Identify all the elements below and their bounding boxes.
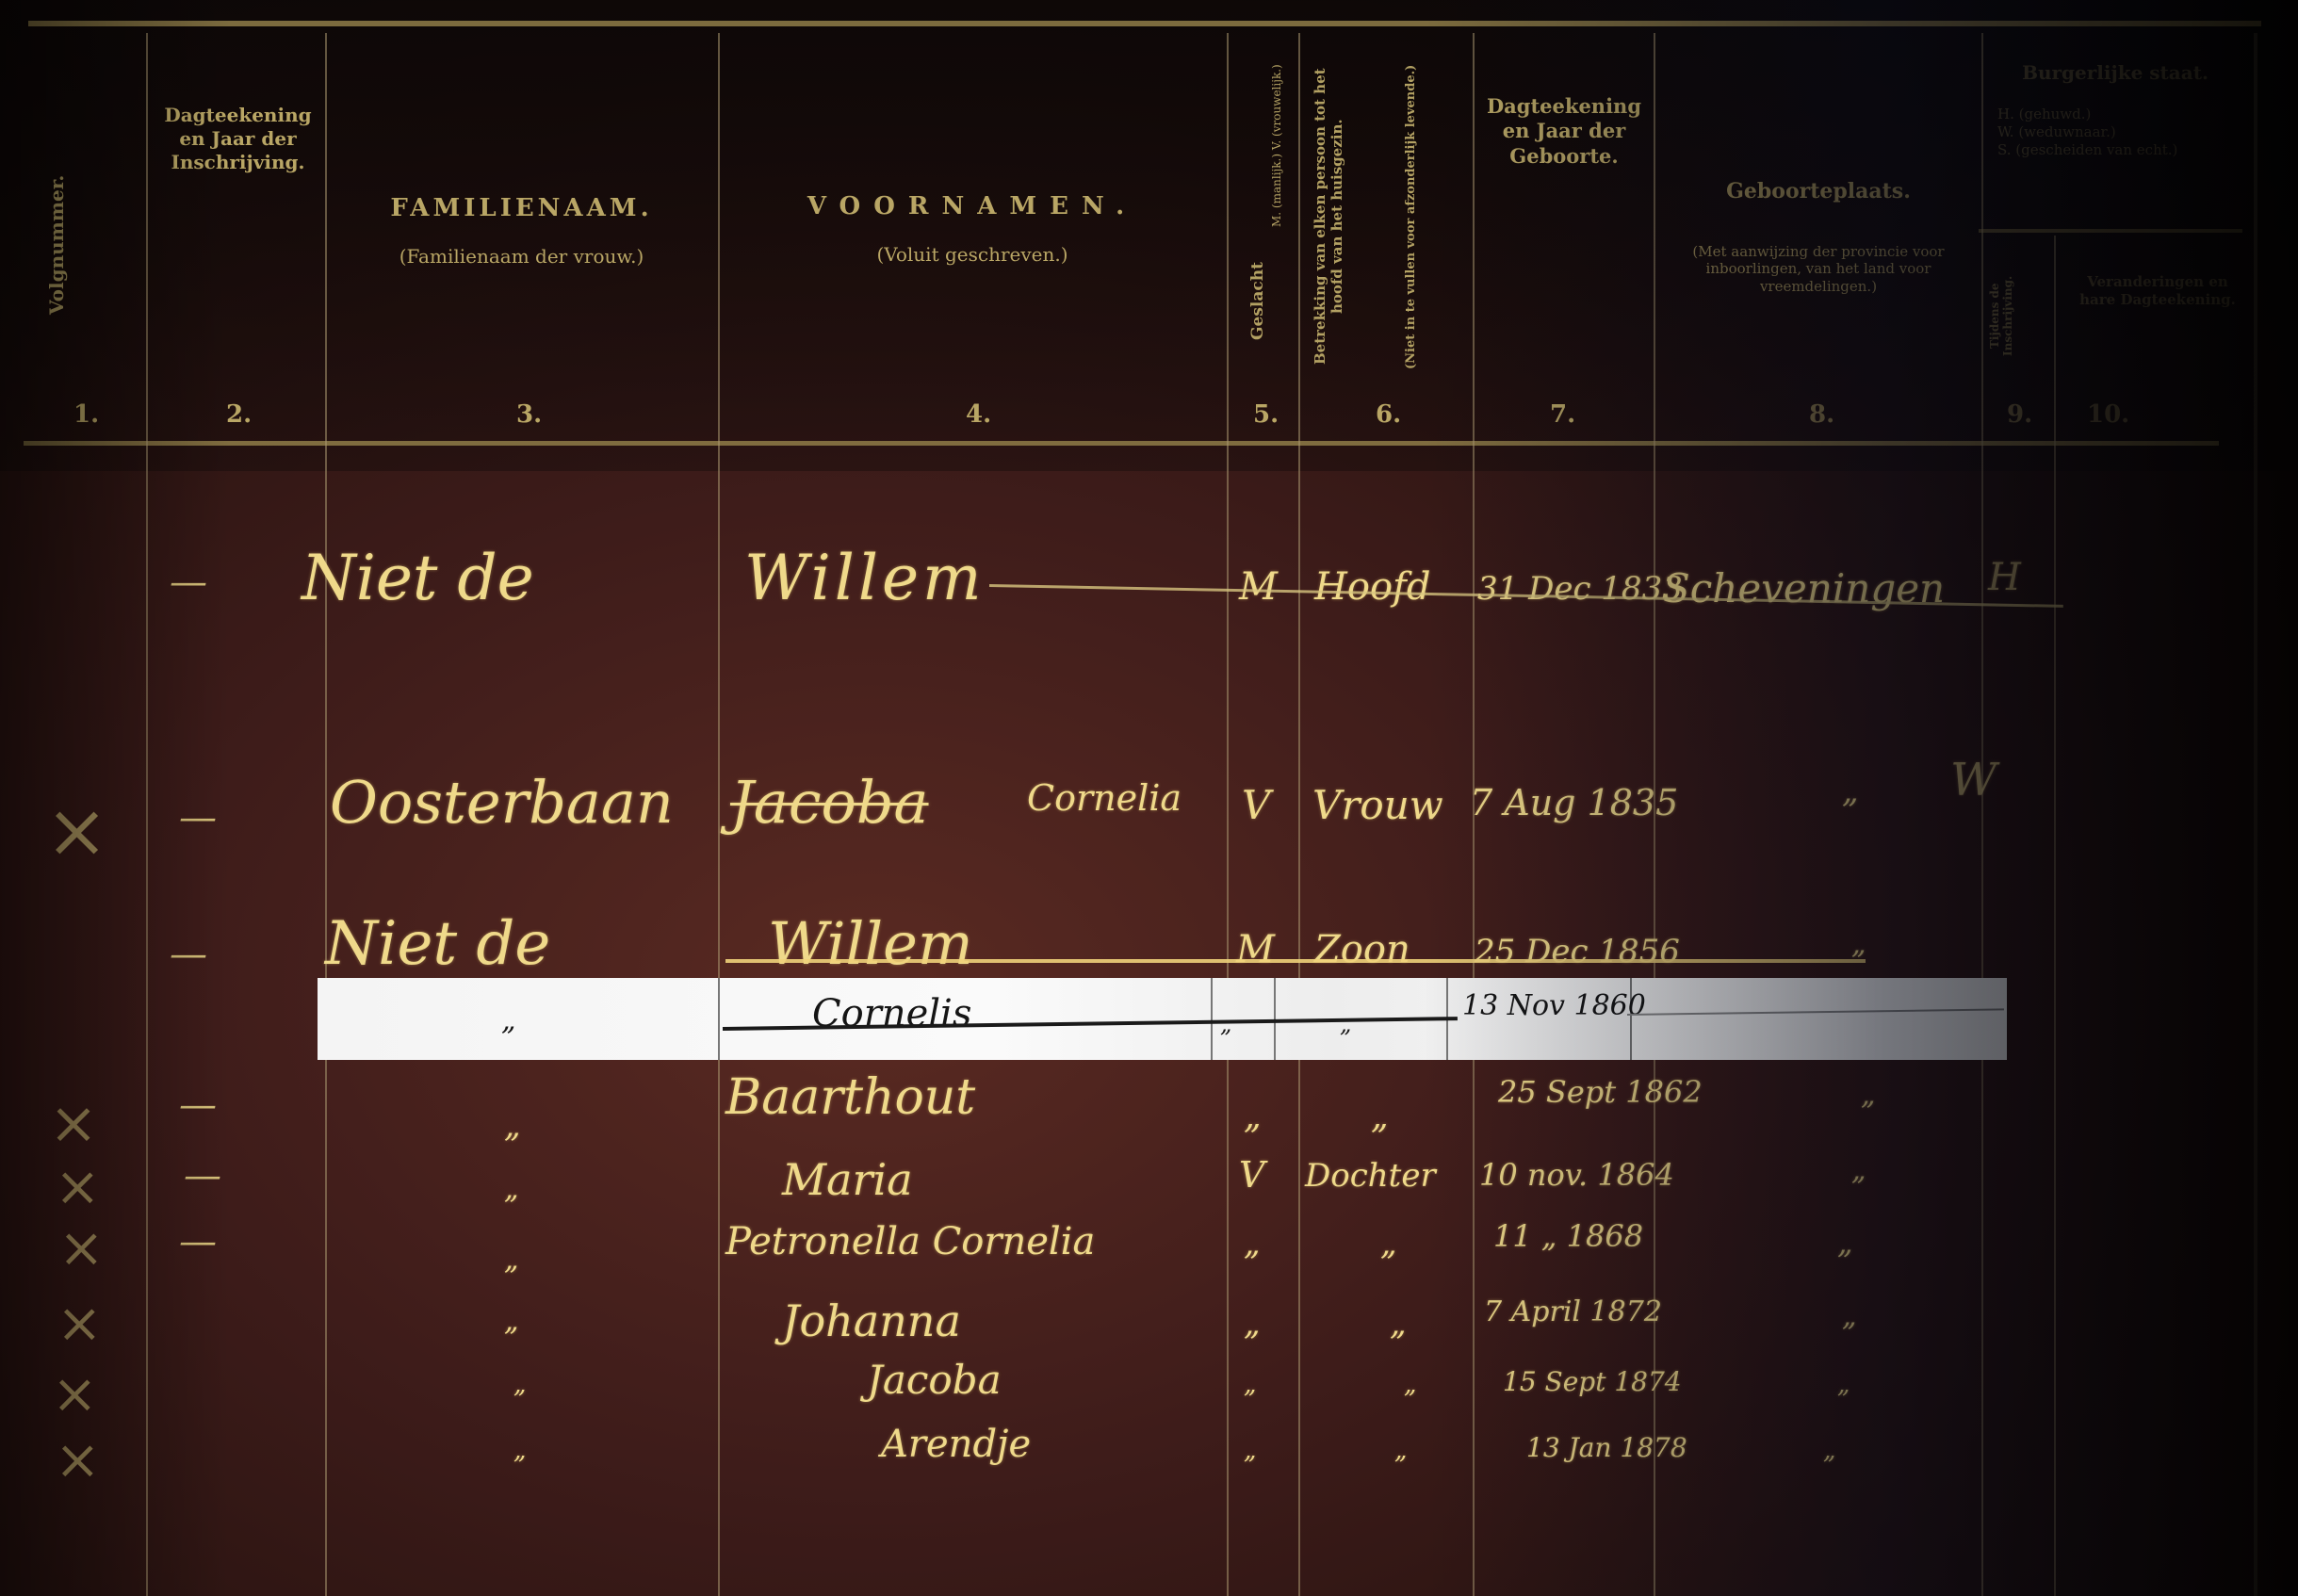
entry-dash: — (179, 1083, 217, 1127)
col-number-10: 10. (2087, 400, 2129, 429)
page-edge (2254, 33, 2257, 1596)
col10-header: Veranderingen en hare Dagteekening. (2073, 273, 2242, 309)
relation-ditto: „ (1394, 1437, 1407, 1465)
given-names: Jacoba (867, 1357, 1002, 1403)
col-number-7: 7. (1550, 400, 1575, 429)
surname-ditto: „ (501, 1004, 516, 1037)
col6-header: Betrekking van elken persoon tot het hoo… (1312, 52, 1396, 382)
col-number-1: 1. (73, 400, 99, 429)
inverted-strip-row-4: „ Cornelis „ „ 13 Nov 1860 (318, 978, 2007, 1060)
relation-ditto: „ (1390, 1305, 1407, 1343)
col-divider-1 (146, 33, 148, 1596)
birthplace-ditto: „ (1837, 1225, 1853, 1261)
col-number-6: 6. (1376, 400, 1401, 429)
col-number-3: 3. (516, 400, 542, 429)
birth-date: 11 „ 1868 (1493, 1218, 1643, 1254)
birthplace-ditto: „ (1823, 1437, 1835, 1465)
birth-date: 25 Dec 1856 (1475, 933, 1680, 970)
birth-date: 15 Sept 1874 (1503, 1366, 1682, 1397)
col2-header: Dagteekening en Jaar der Inschrijving. (151, 104, 325, 174)
given-names: Baarthout (725, 1069, 975, 1126)
civil-state: W (1950, 754, 1996, 806)
deceased-cross: × (49, 1088, 98, 1157)
entry-dash: — (179, 1220, 217, 1263)
col-divider-9 (2054, 236, 2056, 1596)
given-names: Willem (744, 542, 986, 614)
relation: Hoofd (1314, 565, 1430, 609)
col8-title: Geboorteplaats. (1658, 179, 1979, 205)
birth-date: 7 Aug 1835 (1470, 782, 1678, 823)
sex-ditto: „ (1244, 1437, 1256, 1465)
birthplace-ditto: „ (1851, 1154, 1866, 1187)
relation-ditto: „ (1404, 1371, 1416, 1399)
col-number-5: 5. (1253, 400, 1279, 429)
entry-dash: — (170, 561, 207, 604)
given-struck: Jacoba (730, 768, 929, 837)
col-divider-5 (1298, 33, 1300, 1596)
surname: Niet de (325, 909, 550, 979)
sex: M (1236, 928, 1275, 971)
deceased-cross: × (58, 1215, 105, 1279)
deceased-cross: × (55, 1154, 101, 1218)
sex-ditto: „ (1244, 1371, 1256, 1399)
relation-ditto: „ (1380, 1225, 1397, 1262)
civil-legend-3: S. (gescheiden van echt.) (1988, 141, 2242, 159)
surname-ditto: „ (504, 1107, 521, 1145)
entry-dash: — (179, 796, 217, 839)
col3-title: FAMILIENAAM. (325, 193, 718, 224)
col4-header: VOORNAMEN. (Voluit geschreven.) (718, 191, 1227, 267)
relation: Dochter (1305, 1157, 1436, 1195)
surname-ditto: „ (504, 1244, 519, 1277)
col6-note: (Niet in te vullen voor afzonderlijk lev… (1404, 57, 1456, 377)
birth-date: 31 Dec 1833 (1477, 570, 1683, 608)
deceased-cross: × (55, 1427, 101, 1491)
given-names: Petronella Cornelia (725, 1220, 1095, 1263)
civil-state-header: Burgerlijke staat. H. (gehuwd.) W. (wedu… (1988, 61, 2242, 158)
civil-legend-1: H. (gehuwd.) (1988, 106, 2242, 123)
deceased-cross: × (45, 787, 108, 874)
given-names: Johanna (782, 1295, 961, 1346)
birth-date: 10 nov. 1864 (1479, 1157, 1674, 1193)
relation: Vrouw (1312, 782, 1443, 828)
col-number-2: 2. (226, 400, 252, 429)
sex: V (1239, 1154, 1264, 1196)
civil-legend-2: W. (weduwnaar.) (1988, 123, 2242, 141)
given-names: Maria (782, 1154, 913, 1205)
col8-subtitle: (Met aanwijzing der provincie voor inboo… (1658, 243, 1979, 296)
civil-state-title: Burgerlijke staat. (1988, 61, 2242, 85)
birthplace-ditto: „ (1842, 1300, 1857, 1333)
sex-ditto: „ (1244, 1225, 1261, 1262)
col5-header: Geslacht (1248, 240, 1267, 363)
relation-ditto: „ (1371, 1098, 1389, 1136)
strike-line (725, 959, 1866, 963)
surname-ditto: „ (513, 1437, 526, 1465)
sex-ditto: „ (1244, 1305, 1261, 1343)
birth-date: 25 Sept 1862 (1498, 1074, 1703, 1110)
strike-line-faint (1627, 1008, 2004, 1016)
given-added: Cornelia (1027, 777, 1182, 819)
col4-subtitle: (Voluit geschreven.) (718, 243, 1227, 267)
col-divider-4 (1227, 33, 1229, 1596)
civil-state: H (1988, 556, 2021, 599)
col7-header: Dagteekening en Jaar der Geboorte. (1479, 94, 1649, 169)
col-number-9: 9. (2007, 400, 2032, 429)
relation-ditto: „ (1340, 1011, 1351, 1037)
col3-subtitle: (Familienaam der vrouw.) (325, 245, 718, 269)
col5-legend: M. (manlijk.) V. (vrouwelijk.) (1270, 57, 1283, 236)
birthplace: Scheveningen (1663, 565, 1945, 611)
sex: V (1242, 782, 1270, 828)
col1-header: Volgnummer. (45, 141, 68, 349)
col-number-4: 4. (966, 400, 991, 429)
entry-dash: — (184, 1154, 221, 1197)
col4-title: VOORNAMEN. (718, 191, 1227, 222)
birthplace-ditto: „ (1851, 928, 1866, 961)
entry-dash: — (170, 933, 207, 976)
col-divider-8 (1981, 33, 1983, 1596)
top-rule (28, 21, 2261, 26)
surname-ditto: „ (504, 1305, 519, 1338)
surname-ditto: „ (504, 1173, 519, 1206)
birthplace-ditto: „ (1861, 1079, 1876, 1112)
surname: Niet de (302, 542, 534, 614)
col-number-8: 8. (1809, 400, 1834, 429)
surname: Oosterbaan (330, 768, 674, 837)
col8-header: Geboorteplaats. (Met aanwijzing der prov… (1658, 179, 1979, 296)
col-divider-3 (718, 33, 720, 1596)
strip-col-line (1211, 978, 1213, 1060)
birth-date: 13 Jan 1878 (1526, 1432, 1687, 1463)
birth-date: 13 Nov 1860 (1462, 989, 1646, 1022)
given-names: Arendje (881, 1423, 1031, 1466)
birthplace-ditto: „ (1842, 773, 1859, 810)
deceased-cross: × (52, 1361, 98, 1425)
relation: Zoon (1314, 928, 1410, 971)
surname-ditto: „ (513, 1371, 526, 1399)
col3-header: FAMILIENAAM. (Familienaam der vrouw.) (325, 193, 718, 269)
header-bottom-rule (24, 441, 2219, 446)
birth-date: 7 April 1872 (1484, 1295, 1662, 1328)
sex-ditto: „ (1220, 1011, 1231, 1037)
strip-col-line (718, 978, 720, 1060)
birthplace-ditto: „ (1837, 1371, 1850, 1399)
civil-state-divider (1979, 229, 2242, 233)
sex-ditto: „ (1244, 1098, 1262, 1136)
col9-header: Tijdens de Inschrijving. (1988, 254, 2014, 377)
given-names: Willem (768, 909, 973, 978)
sex: M (1239, 565, 1278, 609)
deceased-cross: × (57, 1291, 103, 1355)
